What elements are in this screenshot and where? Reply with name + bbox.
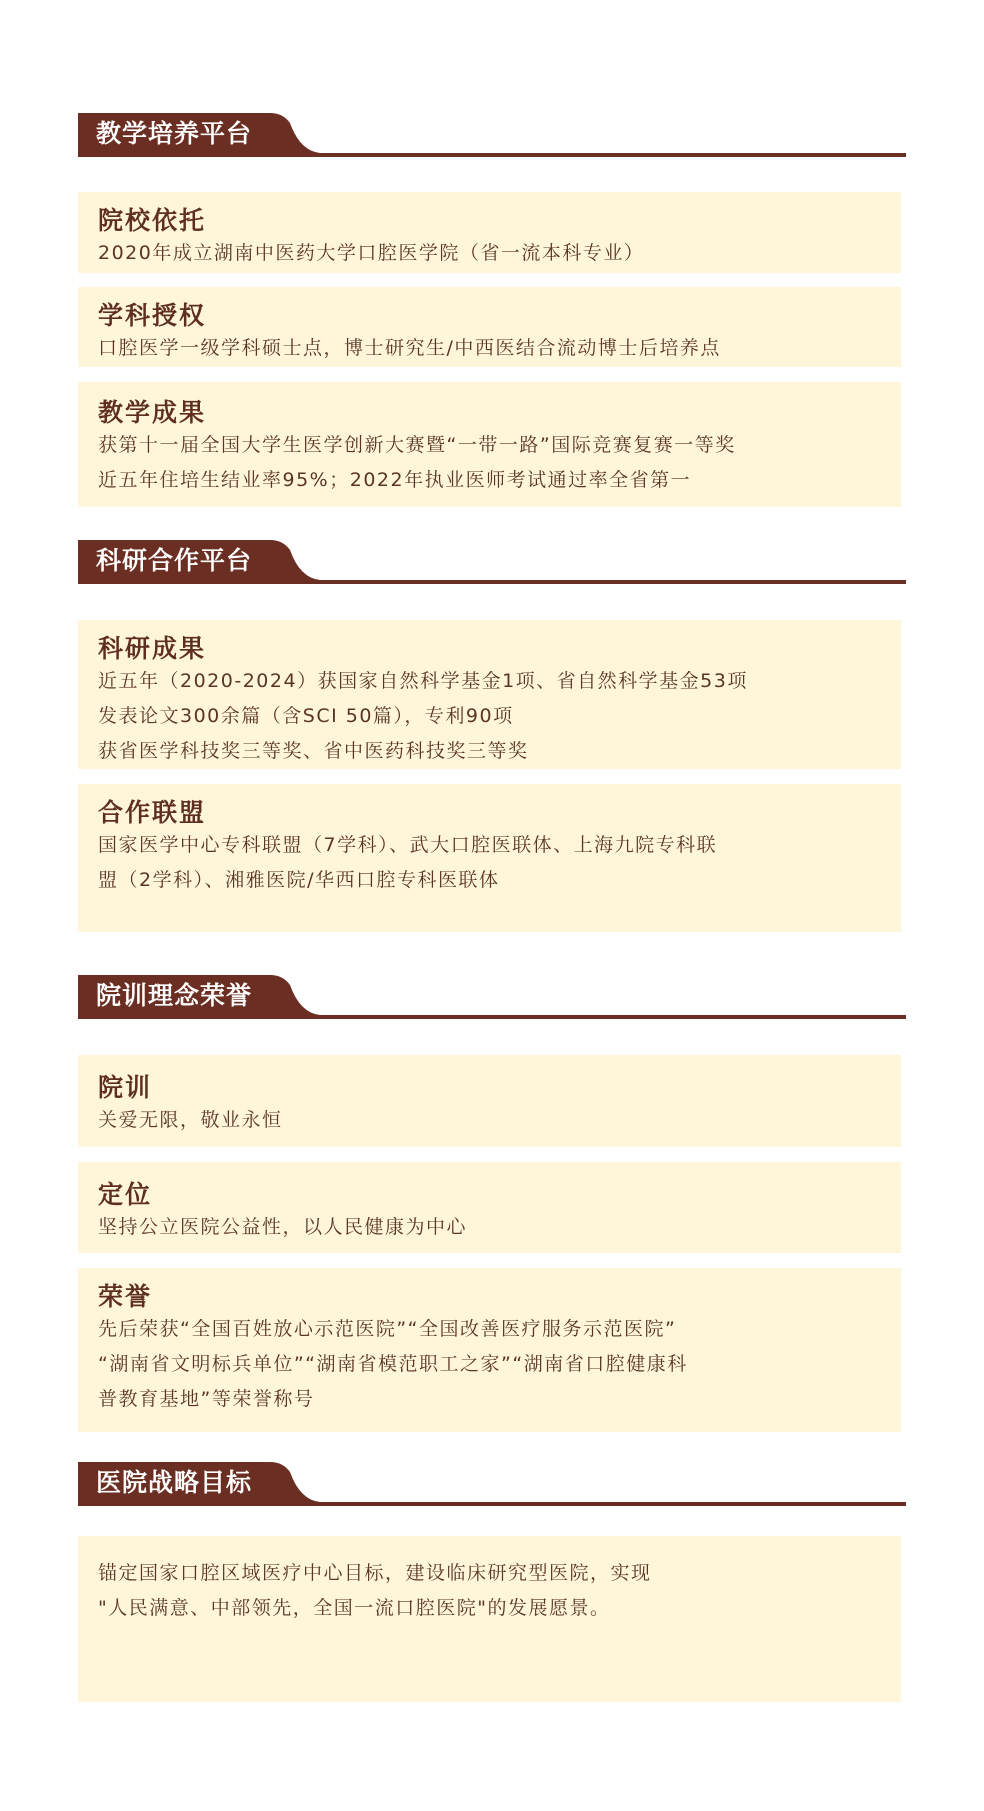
section-header-motto: 院训理念荣誉 (78, 975, 906, 1019)
card-teaching-results: 教学成果 获第十一届全国大学生医学创新大赛暨“一带一路”国际竞赛复赛一等奖 近五… (78, 382, 901, 507)
section-title: 院训理念荣誉 (96, 979, 252, 1013)
card-line: 近五年住培生结业率95%；2022年执业医师考试通过率全省第一 (98, 463, 881, 498)
card-institution: 院校依托 2020年成立湖南中医药大学口腔医学院（省一流本科专业） (78, 192, 901, 273)
card-title: 荣誉 (98, 1282, 881, 1312)
card-title: 定位 (98, 1180, 881, 1210)
card-alliance: 合作联盟 国家医学中心专科联盟（7学科）、武大口腔医联体、上海九院专科联 盟（2… (78, 784, 901, 932)
card-title: 院校依托 (98, 206, 881, 236)
card-line: 关爱无限，敬业永恒 (98, 1103, 881, 1138)
card-line: 盟（2学科）、湘雅医院/华西口腔专科医联体 (98, 863, 881, 898)
section-header-research: 科研合作平台 (78, 540, 906, 584)
card-line: “湖南省文明标兵单位”“湖南省模范职工之家”“湖南省口腔健康科 (98, 1347, 881, 1382)
section-title: 医院战略目标 (96, 1466, 252, 1500)
card-title: 合作联盟 (98, 798, 881, 828)
card-research-results: 科研成果 近五年（2020-2024）获国家自然科学基金1项、省自然科学基金53… (78, 620, 901, 769)
card-discipline: 学科授权 口腔医学一级学科硕士点，博士研究生/中西医结合流动博士后培养点 (78, 287, 901, 367)
section-title: 科研合作平台 (96, 544, 252, 578)
card-title: 科研成果 (98, 634, 881, 664)
section-header-strategy: 医院战略目标 (78, 1462, 906, 1506)
card-line: 普教育基地”等荣誉称号 (98, 1382, 881, 1417)
card-strategy-goal: 锚定国家口腔区域医疗中心目标，建设临床研究型医院，实现 "人民满意、中部领先，全… (78, 1536, 901, 1702)
card-line: 先后荣获“全国百姓放心示范医院”“全国改善医疗服务示范医院” (98, 1312, 881, 1347)
card-positioning: 定位 坚持公立医院公益性，以人民健康为中心 (78, 1162, 901, 1253)
card-honors: 荣誉 先后荣获“全国百姓放心示范医院”“全国改善医疗服务示范医院” “湖南省文明… (78, 1268, 901, 1432)
card-line: 获第十一届全国大学生医学创新大赛暨“一带一路”国际竞赛复赛一等奖 (98, 428, 881, 463)
section-title: 教学培养平台 (96, 117, 252, 151)
card-line: 口腔医学一级学科硕士点，博士研究生/中西医结合流动博士后培养点 (98, 331, 881, 366)
card-line: 发表论文300余篇（含SCI 50篇），专利90项 (98, 699, 881, 734)
card-line: "人民满意、中部领先，全国一流口腔医院"的发展愿景。 (98, 1591, 881, 1626)
card-title: 学科授权 (98, 301, 881, 331)
card-line: 坚持公立医院公益性，以人民健康为中心 (98, 1210, 881, 1245)
card-line: 锚定国家口腔区域医疗中心目标，建设临床研究型医院，实现 (98, 1556, 881, 1591)
section-header-teaching: 教学培养平台 (78, 113, 906, 157)
card-title: 教学成果 (98, 398, 881, 428)
card-line: 近五年（2020-2024）获国家自然科学基金1项、省自然科学基金53项 (98, 664, 881, 699)
card-line: 2020年成立湖南中医药大学口腔医学院（省一流本科专业） (98, 236, 881, 271)
card-line: 国家医学中心专科联盟（7学科）、武大口腔医联体、上海九院专科联 (98, 828, 881, 863)
card-motto: 院训 关爱无限，敬业永恒 (78, 1055, 901, 1147)
card-title: 院训 (98, 1073, 881, 1103)
card-line: 获省医学科技奖三等奖、省中医药科技奖三等奖 (98, 734, 881, 769)
